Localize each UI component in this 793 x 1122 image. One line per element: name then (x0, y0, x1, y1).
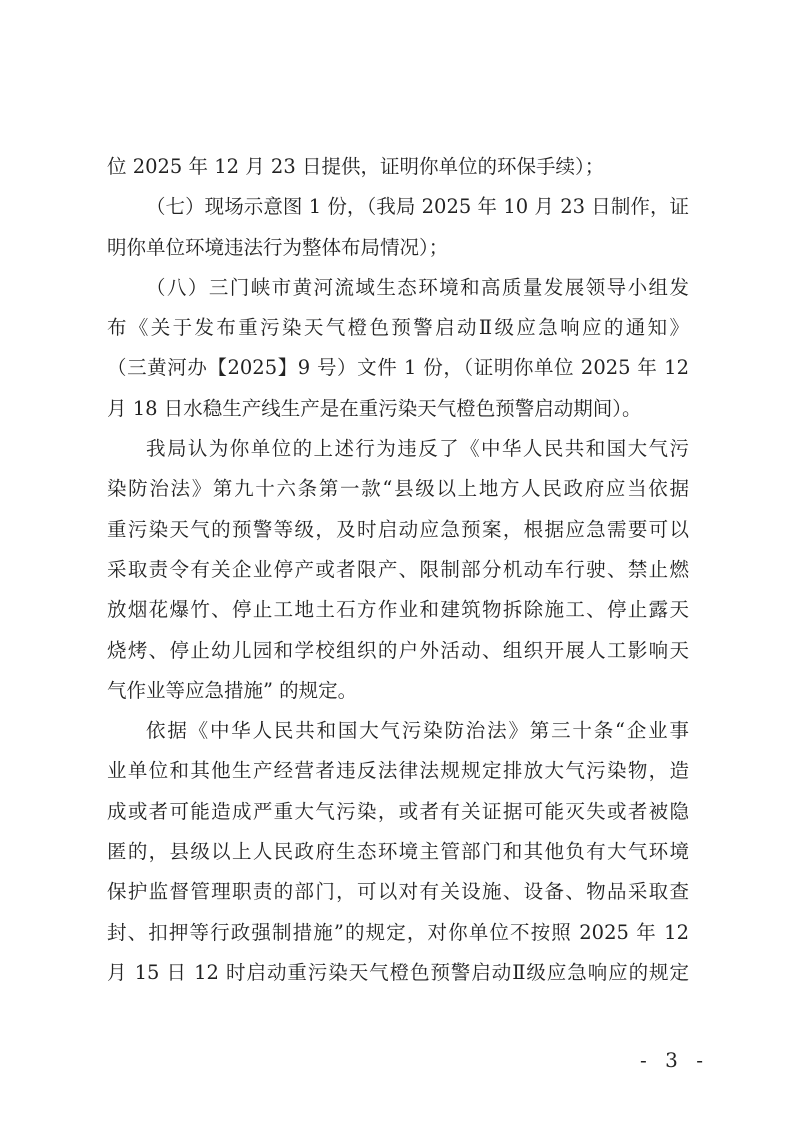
text-line: （七）现场示意图 1 份，（我局 2025 年 10 月 23 日制作，证 (107, 190, 689, 230)
text-line: 放烟花爆竹、停止工地土石方作业和建筑物拆除施工、停止露天 (107, 593, 689, 633)
text-line: 月 15 日 12 时启动重污染天气橙色预警启动Ⅱ级应急响应的规定 (107, 956, 689, 996)
text-line: （三黄河办【2025】9 号）文件 1 份，（证明你单位 2025 年 12 (107, 351, 689, 391)
text-line: 依据《中华人民共和国大气污染防治法》第三十条“企业事 (107, 714, 689, 754)
text-line: 保护监督管理职责的部门，可以对有关设施、设备、物品采取查 (107, 875, 689, 915)
text-line: 烧烤、停止幼儿园和学校组织的户外活动、组织开展人工影响天 (107, 634, 689, 674)
text-line: 布《关于发布重污染天气橙色预警启动Ⅱ级应急响应的通知》 (107, 311, 689, 351)
text-line: 染防治法》第九十六条第一款“县级以上地方人民政府应当依据 (107, 472, 689, 512)
text-line: 采取责令有关企业停产或者限产、限制部分机动车行驶、禁止燃 (107, 553, 689, 593)
text-line: 明你单位环境违法行为整体布局情况）； (107, 231, 689, 271)
document-page: 位 2025 年 12 月 23 日提供，证明你单位的环保手续）； （七）现场示… (0, 0, 793, 1122)
text-line: 业单位和其他生产经营者违反法律法规规定排放大气污染物，造 (107, 754, 689, 794)
text-line: 匿的，县级以上人民政府生态环境主管部门和其他负有大气环境 (107, 835, 689, 875)
body-text: 位 2025 年 12 月 23 日提供，证明你单位的环保手续）； （七）现场示… (107, 150, 689, 996)
text-line: 成或者可能造成严重大气污染，或者有关证据可能灭失或者被隐 (107, 795, 689, 835)
text-line: 我局认为你单位的上述行为违反了《中华人民共和国大气污 (107, 432, 689, 472)
text-line: 位 2025 年 12 月 23 日提供，证明你单位的环保手续）； (107, 150, 689, 190)
text-line: 封、扣押等行政强制措施”的规定，对你单位不按照 2025 年 12 (107, 916, 689, 956)
text-line: （八）三门峡市黄河流域生态环境和高质量发展领导小组发 (107, 271, 689, 311)
page-number: - 3 - (640, 1048, 709, 1072)
text-line: 重污染天气的预警等级，及时启动应急预案，根据应急需要可以 (107, 513, 689, 553)
text-line: 气作业等应急措施” 的规定。 (107, 674, 689, 714)
text-line: 月 18 日水稳生产线生产是在重污染天气橙色预警启动期间）。 (107, 392, 689, 432)
